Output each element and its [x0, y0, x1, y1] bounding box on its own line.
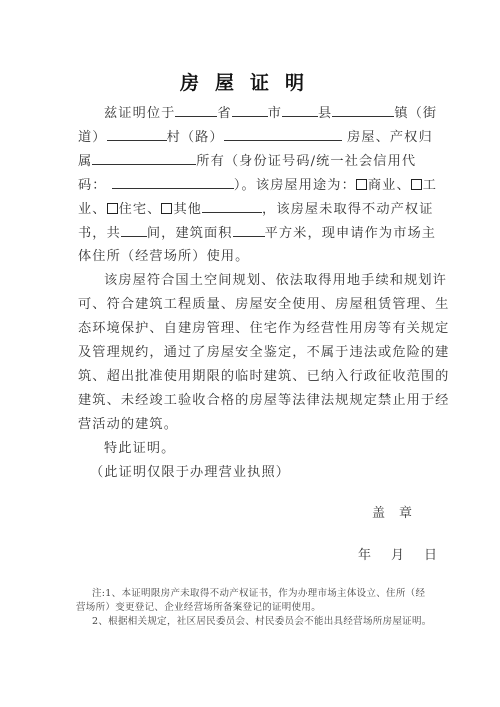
p1-line-4: 码： ）。该房屋用途为：商业、工 [78, 176, 437, 195]
checkbox-residential[interactable] [107, 203, 118, 214]
seal-label: 盖章 [372, 502, 426, 521]
text: 县 [318, 106, 332, 121]
city-blank[interactable] [232, 104, 268, 117]
text: ）。该房屋用途为： [234, 178, 356, 193]
date-label: 年月日 [358, 544, 437, 563]
text: 省 [217, 106, 231, 121]
text: 住宅、 [119, 202, 162, 217]
other-use-blank[interactable] [202, 200, 262, 213]
text: 工 [423, 178, 437, 193]
province-blank[interactable] [175, 104, 217, 117]
p1-line-7: 体住所（经营场所）使用。 [78, 248, 249, 266]
checkbox-commercial[interactable] [356, 179, 367, 190]
p2-line-5: 筑、超出批准使用期限的临时建筑、已纳入行政征收范围的 [78, 368, 449, 386]
checkbox-other[interactable] [161, 203, 172, 214]
text: 码： [78, 178, 107, 193]
text: 村（路） [167, 130, 224, 145]
text: 间，建筑面积 [147, 226, 233, 241]
text: 兹证明位于 [104, 106, 175, 121]
text: 房屋、产权归 [347, 130, 433, 145]
note-2: 2、根据相关规定，社区居民委员会、村民委员会不能出具经营场所房屋证明。 [92, 613, 432, 627]
text: 书，共 [78, 226, 121, 241]
id-number-blank[interactable] [112, 176, 234, 189]
town-blank[interactable] [332, 104, 394, 117]
text: 所有（身份证号码/统一社会信用代 [196, 154, 416, 169]
county-blank[interactable] [282, 104, 318, 117]
p2-line-6: 建筑、未经竣工验收合格的房屋等法律法规规定禁止用于经 [78, 392, 449, 410]
p2-line-1: 该房屋符合国土空间规划、依法取得用地手续和规划许 [104, 272, 447, 290]
day-label: 日 [424, 548, 437, 563]
text: 业、 [78, 202, 107, 217]
year-label: 年 [358, 548, 371, 563]
p2-line-7: 营活动的建筑。 [78, 416, 178, 434]
p2-line-3: 态环境保护、自建房管理、住宅作为经营性用房等有关规定 [78, 320, 449, 338]
text: 市 [268, 106, 282, 121]
village-blank[interactable] [107, 128, 167, 141]
p1-line-2: 道）村（路） 房屋、产权归 [78, 128, 433, 147]
address-blank[interactable] [224, 128, 342, 141]
month-label: 月 [391, 548, 404, 563]
text: 平方米，现申请作为市场主 [265, 226, 436, 241]
text: ，该房屋未取得不动产权证 [262, 202, 433, 217]
restriction-note: （此证明仅限于办理营业执照） [90, 464, 290, 482]
p2-line-2: 可、符合建筑工程质量、房屋安全使用、房屋租赁管理、生 [78, 296, 449, 314]
note-1-line-1: 注:1、本证明限房产未取得不动产权证书，作为办理市场主体设立、住所（经 [92, 585, 425, 599]
p1-line-5: 业、住宅、其他，该房屋未取得不动产权证 [78, 200, 433, 219]
checkbox-industrial[interactable] [411, 179, 422, 190]
p2-line-4: 及管理规约，通过了房屋安全鉴定，不属于违法或危险的建 [78, 344, 449, 362]
rooms-blank[interactable] [121, 224, 147, 237]
document-title: 房屋证明 [0, 68, 500, 95]
text: 镇（街 [394, 106, 437, 121]
owner-blank[interactable] [92, 152, 196, 165]
p1-line-6: 书，共间，建筑面积平方米，现申请作为市场主 [78, 224, 436, 243]
text: 道） [78, 130, 107, 145]
note-1-line-2: 营场所）变更登记、企业经营场所备案登记的证明使用。 [76, 599, 321, 613]
text: 属 [78, 154, 92, 169]
p1-line-1: 兹证明位于省市县镇（街 [104, 104, 437, 123]
p1-line-3: 属所有（身份证号码/统一社会信用代 [78, 152, 416, 171]
closing-text: 特此证明。 [104, 440, 175, 458]
text: 其他 [173, 202, 202, 217]
text: 商业、 [368, 178, 411, 193]
area-blank[interactable] [233, 224, 265, 237]
